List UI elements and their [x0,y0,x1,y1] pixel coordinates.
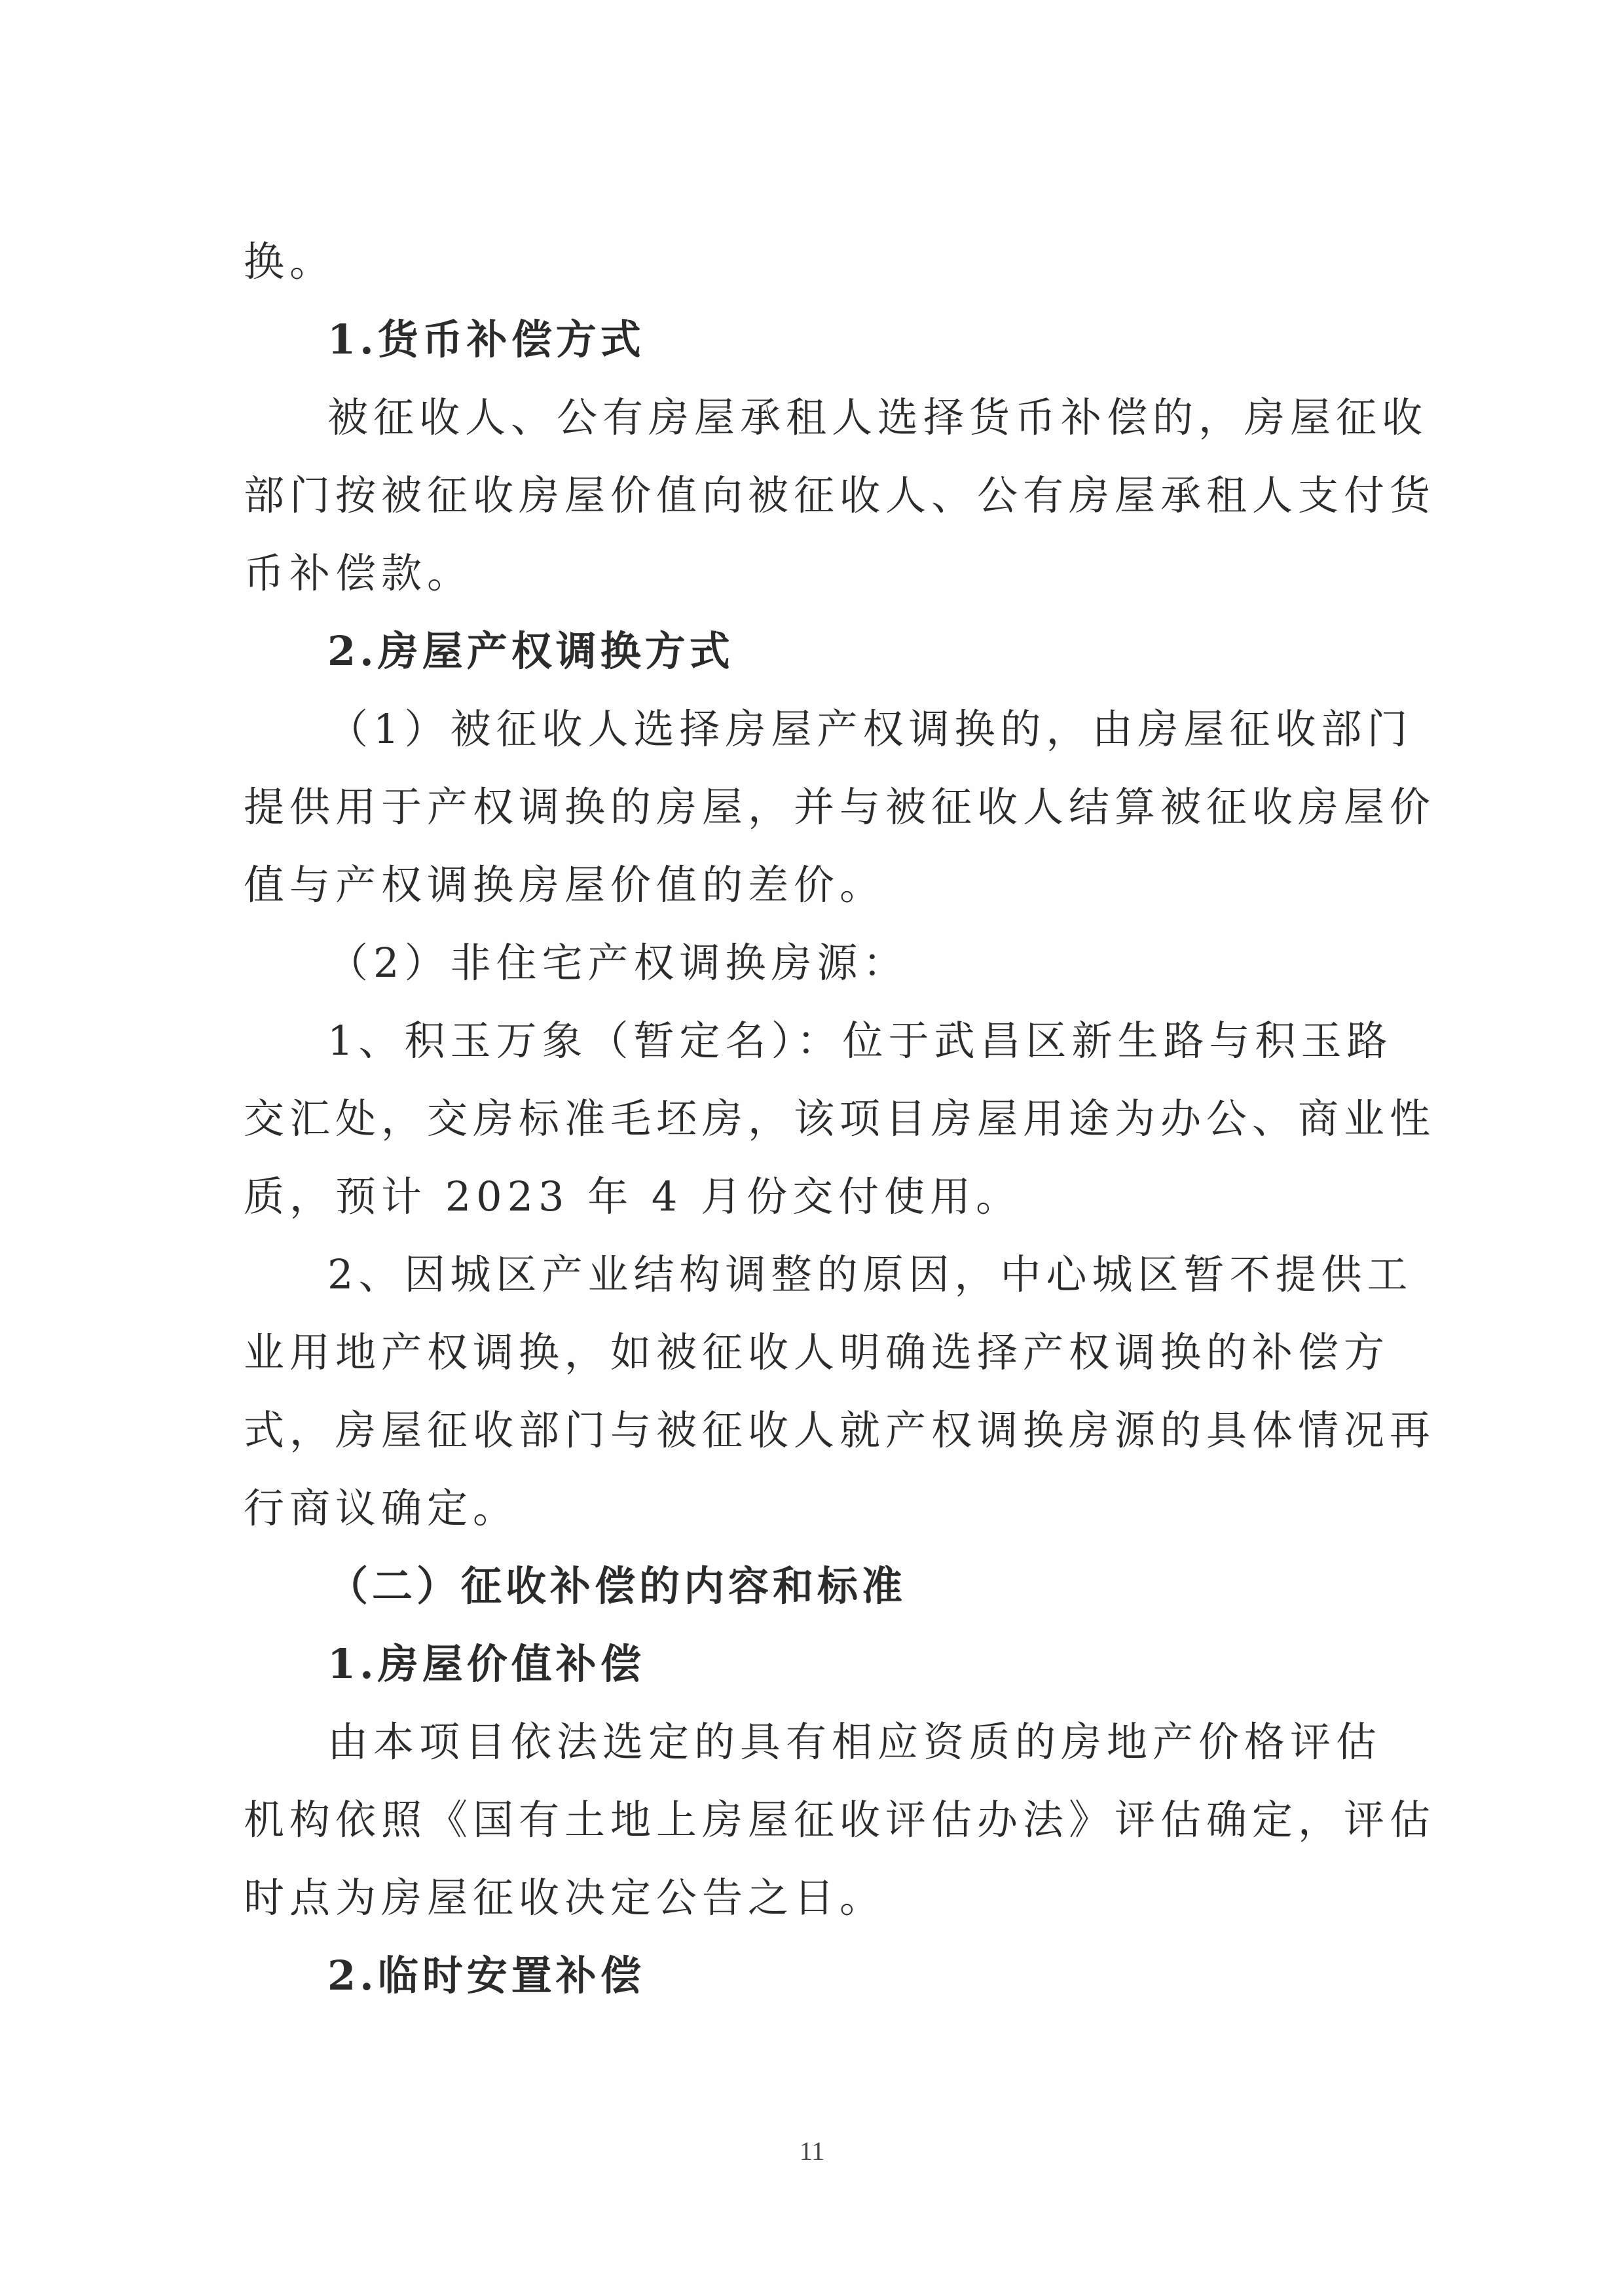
section-heading-temporary-resettlement: 2.临时安置补偿 [244,1937,1383,2014]
list-item-line: 2、因城区产业结构调整的原因，中心城区暂不提供工 [244,1235,1383,1313]
document-page: 换。 1.货币补偿方式 被征收人、公有房屋承租人选择货币补偿的，房屋征收 部门按… [0,0,1624,2296]
section-heading-house-value: 1.房屋价值补偿 [244,1625,1383,1703]
paragraph-line: （1）被征收人选择房屋产权调换的，由房屋征收部门 [244,690,1383,768]
paragraph-line: 币补偿款。 [244,534,1383,612]
paragraph-line: 值与产权调换房屋价值的差价。 [244,846,1383,924]
list-item-line: 质，预计 2023 年 4 月份交付使用。 [244,1157,1383,1235]
list-item-line: 行商议确定。 [244,1469,1383,1547]
document-body: 换。 1.货币补偿方式 被征收人、公有房屋承租人选择货币补偿的，房屋征收 部门按… [244,223,1383,2014]
list-item-line: 交汇处，交房标准毛坯房，该项目房屋用途为办公、商业性 [244,1080,1383,1157]
paragraph-line: 机构依照《国有土地上房屋征收评估办法》评估确定，评估 [244,1781,1383,1859]
paragraph-line: 部门按被征收房屋价值向被征收人、公有房屋承租人支付货 [244,456,1383,534]
paragraph-line: （2）非住宅产权调换房源： [244,924,1383,1002]
list-item-line: 1、积玉万象（暂定名）：位于武昌区新生路与积玉路 [244,1002,1383,1080]
paragraph-line: 时点为房屋征收决定公告之日。 [244,1859,1383,1937]
page-number: 11 [0,2136,1624,2166]
list-item-line: 业用地产权调换，如被征收人明确选择产权调换的补偿方 [244,1313,1383,1391]
paragraph-continuation-line: 换。 [244,223,1383,301]
paragraph-line: 由本项目依法选定的具有相应资质的房地产价格评估 [244,1703,1383,1781]
list-item-line: 式，房屋征收部门与被征收人就产权调换房源的具体情况再 [244,1391,1383,1469]
paragraph-line: 被征收人、公有房屋承租人选择货币补偿的，房屋征收 [244,378,1383,456]
section-heading-compensation-content: （二）征收补偿的内容和标准 [244,1547,1383,1625]
paragraph-line: 提供用于产权调换的房屋，并与被征收人结算被征收房屋价 [244,768,1383,846]
section-heading-monetary-compensation: 1.货币补偿方式 [244,301,1383,378]
section-heading-property-exchange: 2.房屋产权调换方式 [244,612,1383,690]
